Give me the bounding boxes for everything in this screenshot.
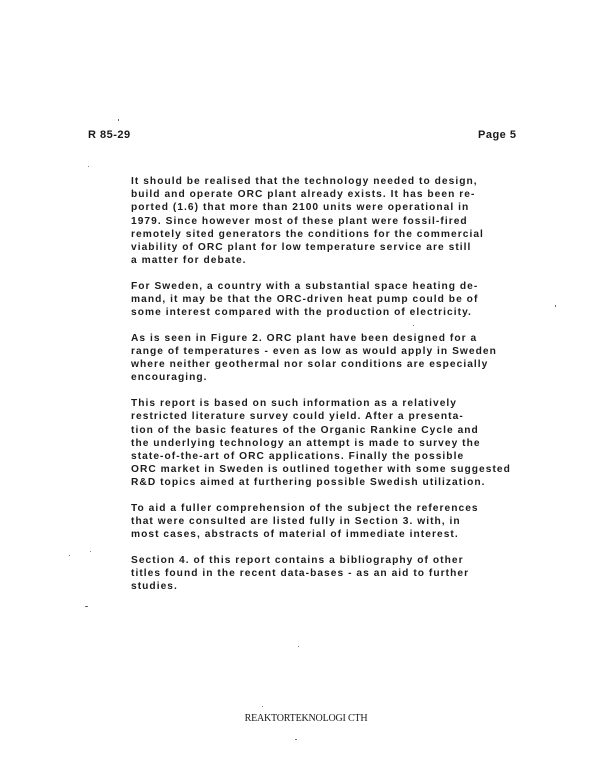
text-line: Section 4. of this report contains a bib…	[131, 554, 511, 567]
text-line: 1979. Since however most of these plant …	[131, 215, 511, 228]
scan-speck	[295, 739, 297, 740]
text-line: studies.	[131, 580, 511, 593]
scan-speck	[90, 551, 91, 552]
text-line: viability of ORC plant for low temperatu…	[131, 241, 511, 254]
text-line: mand, it may be that the ORC-driven heat…	[131, 293, 511, 306]
page-footer: REAKTORTEKNOLOGI CTH	[0, 713, 612, 724]
text-line: the underlying technology an attempt is …	[131, 437, 511, 450]
scan-speck	[298, 646, 299, 647]
paragraph-figure-2: As is seen in Figure 2. ORC plant have b…	[131, 332, 511, 385]
text-line: encouraging.	[131, 371, 511, 384]
scan-speck	[262, 706, 263, 707]
scan-speck	[413, 325, 414, 326]
text-line: where neither geothermal nor solar condi…	[131, 358, 511, 371]
document-page: R 85-29 Page 5 It should be realised tha…	[0, 0, 612, 779]
scan-speck	[85, 606, 88, 607]
text-line: some interest compared with the producti…	[131, 306, 511, 319]
paragraph-orc-technology: It should be realised that the technolog…	[131, 175, 511, 267]
paragraph-report-scope: This report is based on such information…	[131, 397, 511, 489]
body-text: It should be realised that the technolog…	[131, 175, 511, 606]
page-number: Page 5	[478, 129, 516, 141]
text-line: As is seen in Figure 2. ORC plant have b…	[131, 332, 511, 345]
paragraph-sweden-heat-pump: For Sweden, a country with a substantial…	[131, 280, 511, 320]
text-line: To aid a fuller comprehension of the sub…	[131, 502, 511, 515]
paragraph-bibliography: Section 4. of this report contains a bib…	[131, 554, 511, 594]
text-line: build and operate ORC plant already exis…	[131, 188, 511, 201]
text-line: a matter for debate.	[131, 254, 511, 267]
text-line: range of temperatures - even as low as w…	[131, 345, 511, 358]
text-line: remotely sited generators the conditions…	[131, 228, 511, 241]
paragraph-references: To aid a fuller comprehension of the sub…	[131, 502, 511, 542]
text-line: titles found in the recent data-bases - …	[131, 567, 511, 580]
text-line: ported (1.6) that more than 2100 units w…	[131, 201, 511, 214]
report-number: R 85-29	[88, 129, 131, 141]
scan-speck	[88, 166, 89, 167]
text-line: tion of the basic features of the Organi…	[131, 424, 511, 437]
scan-speck	[118, 119, 119, 121]
text-line: state-of-the-art of ORC applications. Fi…	[131, 450, 511, 463]
text-line: restricted literature survey could yield…	[131, 410, 511, 423]
text-line: This report is based on such information…	[131, 397, 511, 410]
text-line: For Sweden, a country with a substantial…	[131, 280, 511, 293]
scan-speck	[69, 555, 70, 556]
scan-speck	[555, 305, 556, 307]
text-line: R&D topics aimed at furthering possible …	[131, 476, 511, 489]
text-line: It should be realised that the technolog…	[131, 175, 511, 188]
text-line: that were consulted are listed fully in …	[131, 515, 511, 528]
text-line: most cases, abstracts of material of imm…	[131, 528, 511, 541]
text-line: ORC market in Sweden is outlined togethe…	[131, 463, 511, 476]
